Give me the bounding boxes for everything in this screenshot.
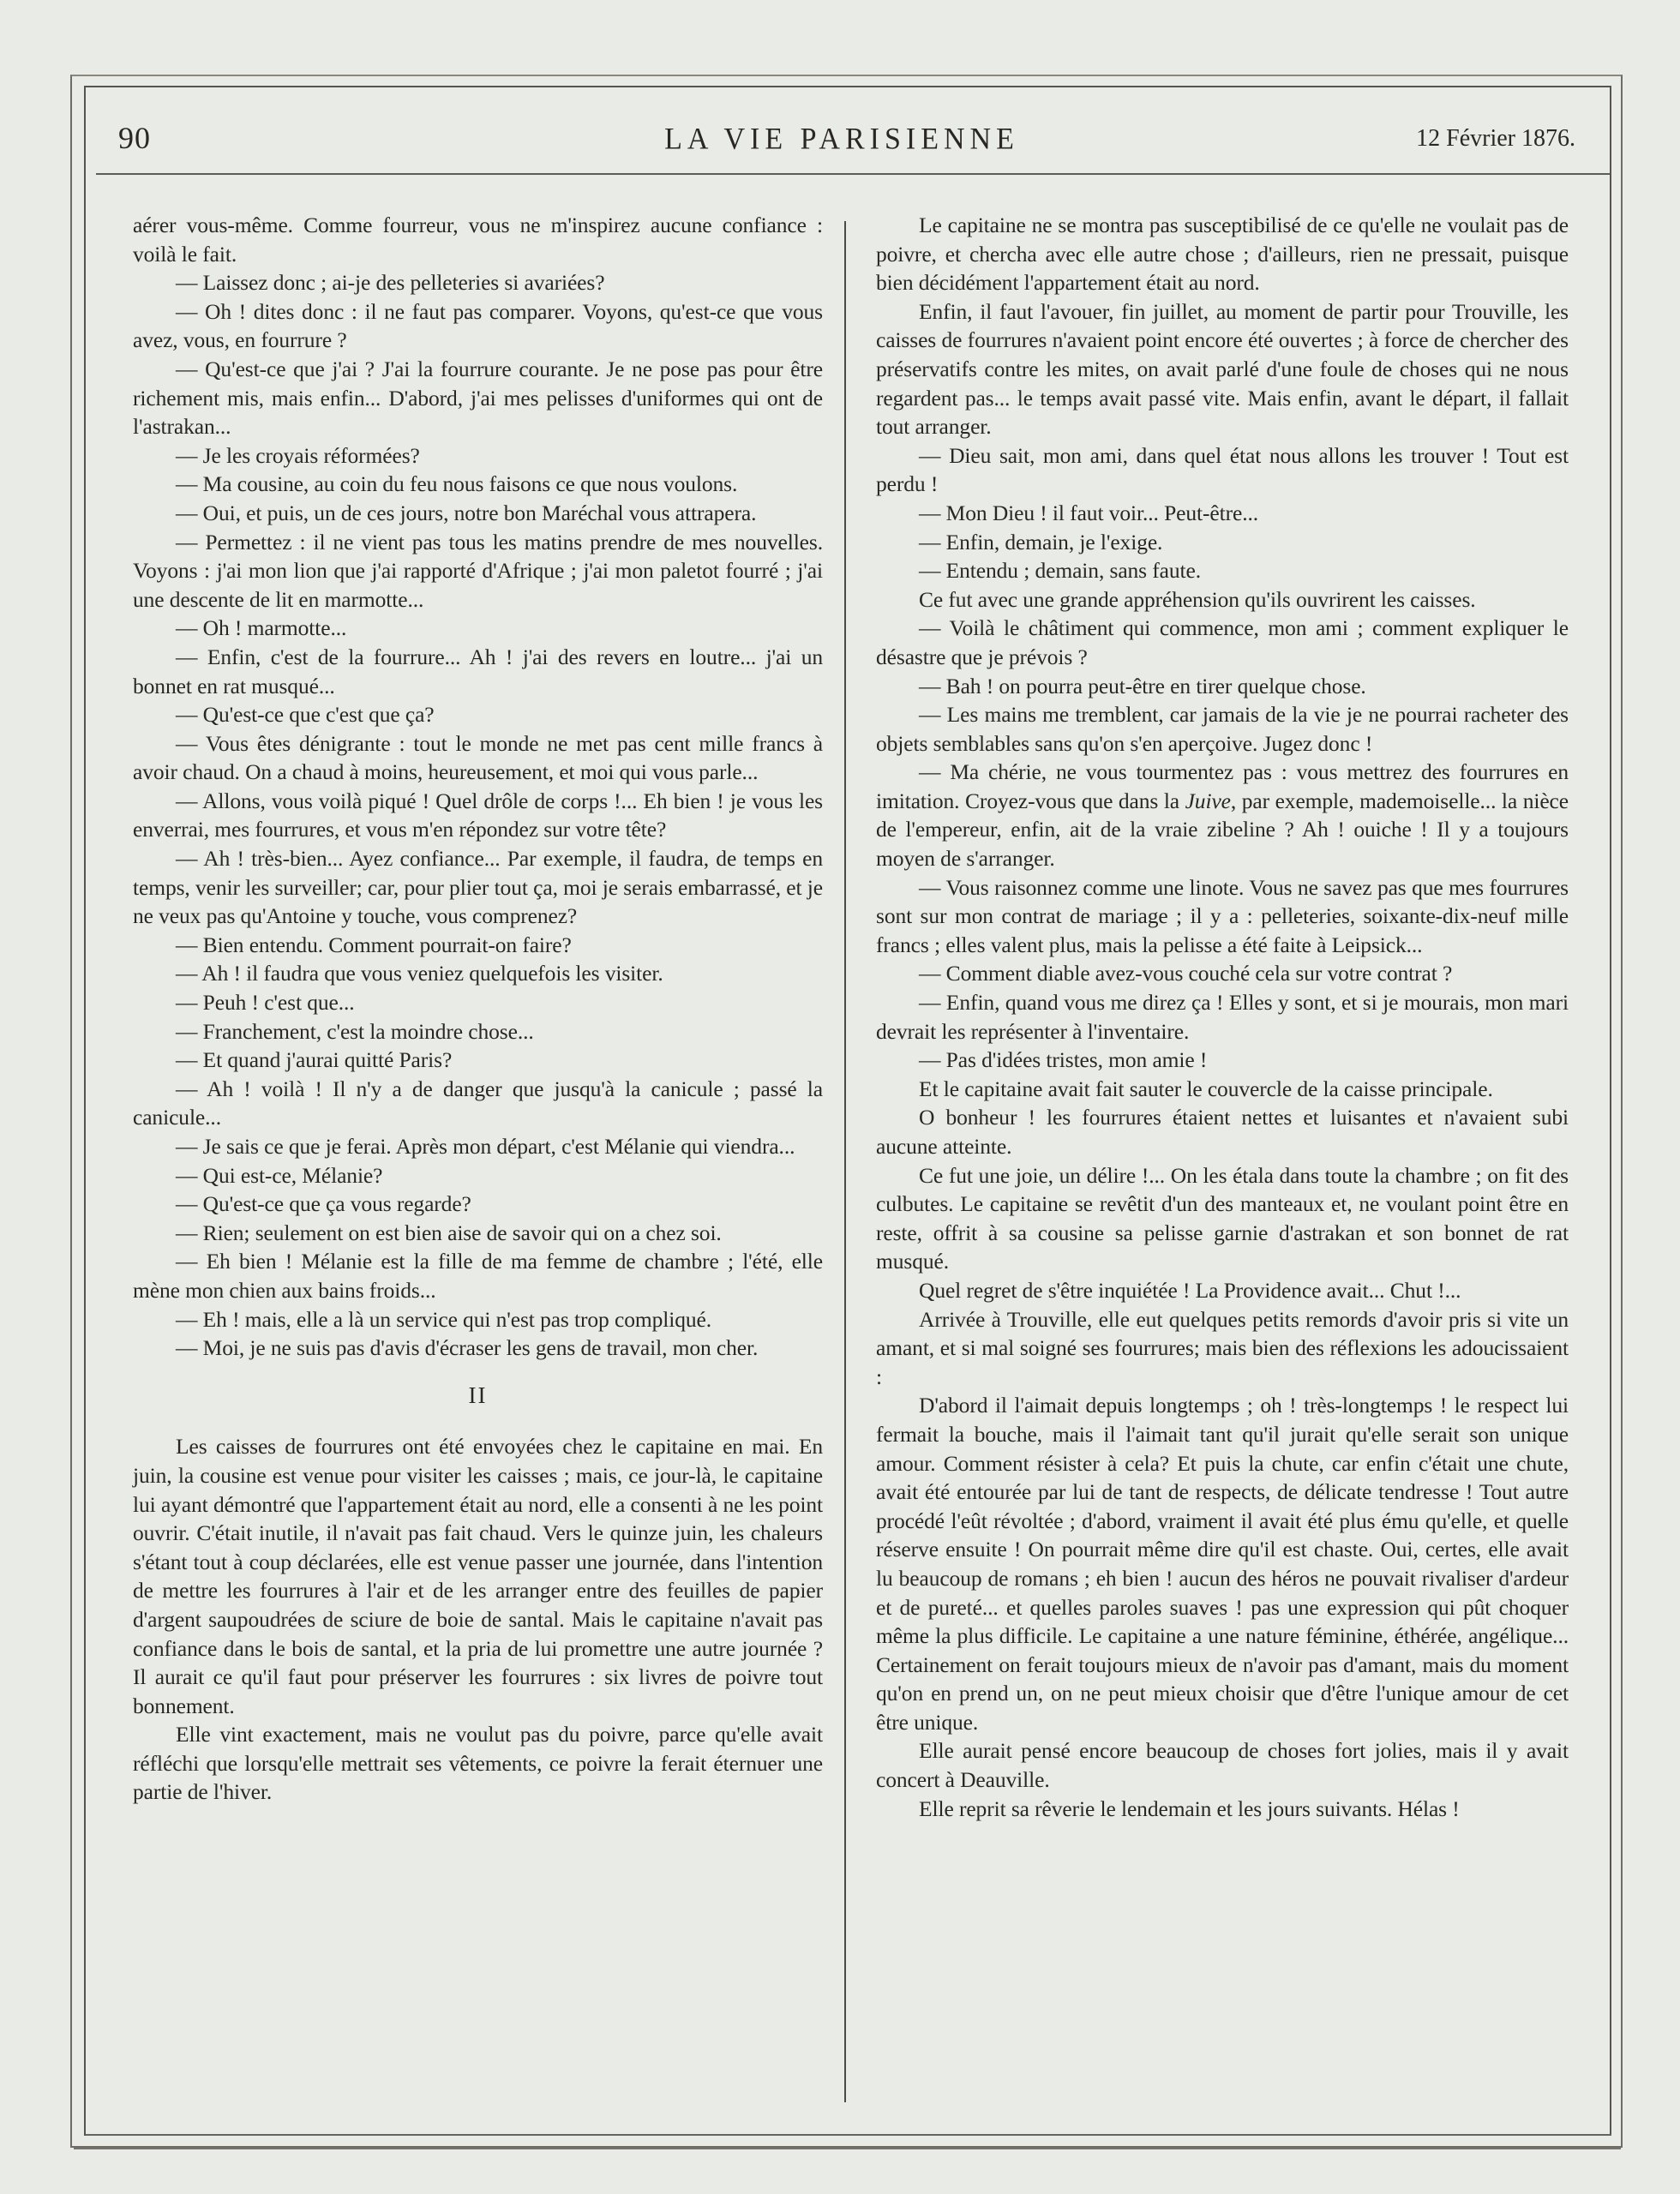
- paragraph: Ce fut une joie, un délire !... On les é…: [876, 1161, 1569, 1276]
- paragraph: — Comment diable avez-vous couché cela s…: [876, 959, 1569, 988]
- paragraph: — Pas d'idées tristes, mon amie !: [876, 1046, 1569, 1075]
- paragraph: — Les mains me tremblent, car jamais de …: [876, 700, 1569, 758]
- paragraph: — Peuh ! c'est que...: [133, 988, 823, 1017]
- paragraph: — Rien; seulement on est bien aise de sa…: [133, 1219, 823, 1248]
- paragraph: Les caisses de fourrures ont été envoyée…: [133, 1432, 823, 1720]
- column-divider: [844, 221, 846, 2102]
- header-rule: [96, 173, 1610, 175]
- paragraph: — Vous raisonnez comme une linote. Vous …: [876, 873, 1569, 960]
- paragraph: — Oui, et puis, un de ces jours, notre b…: [133, 499, 823, 528]
- paragraph: — Permettez : il ne vient pas tous les m…: [133, 528, 823, 614]
- footer-rule-outer: [74, 2148, 1621, 2149]
- paragraph: — Vous êtes dénigrante : tout le monde n…: [133, 729, 823, 787]
- paragraph: — Oh ! dites donc : il ne faut pas compa…: [133, 297, 823, 355]
- paragraph: — Ah ! il faudra que vous veniez quelque…: [133, 959, 823, 988]
- paragraph: — Enfin, quand vous me direz ça ! Elles …: [876, 988, 1569, 1046]
- paragraph: — Franchement, c'est la moindre chose...: [133, 1017, 823, 1046]
- right-column: Le capitaine ne se montra pas susceptibi…: [876, 211, 1569, 1823]
- italic-title: Juive: [1185, 788, 1231, 813]
- paragraph: — Entendu ; demain, sans faute.: [876, 556, 1569, 585]
- paragraph: Elle aurait pensé encore beaucoup de cho…: [876, 1736, 1569, 1794]
- paragraph: Enfin, il faut l'avouer, fin juillet, au…: [876, 297, 1569, 441]
- paragraph: — Enfin, c'est de la fourrure... Ah ! j'…: [133, 643, 823, 700]
- paragraph: — Je les croyais réformées?: [133, 441, 823, 471]
- paragraph: — Dieu sait, mon ami, dans quel état nou…: [876, 441, 1569, 499]
- issue-date: 12 Février 1876.: [1416, 125, 1575, 153]
- paragraph: — Qui est-ce, Mélanie?: [133, 1161, 823, 1190]
- paragraph: — Oh ! marmotte...: [133, 614, 823, 643]
- paragraph: — Ah ! voilà ! Il n'y a de danger que ju…: [133, 1075, 823, 1132]
- paragraph: Ce fut avec une grande appréhension qu'i…: [876, 585, 1569, 614]
- paragraph: D'abord il l'aimait depuis longtemps ; o…: [876, 1391, 1569, 1736]
- paragraph: — Allons, vous voilà piqué ! Quel drôle …: [133, 787, 823, 844]
- page-header: 90 LA VIE PARISIENNE 12 Février 1876.: [96, 103, 1587, 171]
- paragraph: — Qu'est-ce que c'est que ça?: [133, 700, 823, 729]
- paragraph: — Enfin, demain, je l'exige.: [876, 528, 1569, 557]
- paragraph: — Eh bien ! Mélanie est la fille de ma f…: [133, 1247, 823, 1304]
- paragraph: Arrivée à Trouville, elle eut quelques p…: [876, 1305, 1569, 1392]
- left-column: aérer vous-même. Comme fourreur, vous ne…: [133, 211, 823, 1807]
- section-number: II: [133, 1382, 823, 1411]
- paragraph: — Qu'est-ce que ça vous regarde?: [133, 1190, 823, 1219]
- paragraph: Le capitaine ne se montra pas susceptibi…: [876, 211, 1569, 297]
- footer-rule-inner: [86, 2134, 1611, 2136]
- paragraph: — Ah ! très-bien... Ayez confiance... Pa…: [133, 844, 823, 931]
- paragraph: — Moi, je ne suis pas d'avis d'écraser l…: [133, 1334, 823, 1363]
- paragraph: Quel regret de s'être inquiétée ! La Pro…: [876, 1276, 1569, 1305]
- paragraph: — Voilà le châtiment qui commence, mon a…: [876, 614, 1569, 671]
- paragraph: Elle reprit sa rêverie le lendemain et l…: [876, 1795, 1569, 1824]
- paragraph: — Je sais ce que je ferai. Après mon dép…: [133, 1132, 823, 1161]
- paragraph: — Et quand j'aurai quitté Paris?: [133, 1046, 823, 1075]
- paragraph: — Mon Dieu ! il faut voir... Peut-être..…: [876, 499, 1569, 528]
- paragraph: — Ma cousine, au coin du feu nous faison…: [133, 470, 823, 499]
- paragraph: — Ma chérie, ne vous tourmentez pas : vo…: [876, 758, 1569, 872]
- paragraph: aérer vous-même. Comme fourreur, vous ne…: [133, 211, 823, 268]
- paragraph: — Eh ! mais, elle a là un service qui n'…: [133, 1305, 823, 1334]
- paragraph: Elle vint exactement, mais ne voulut pas…: [133, 1720, 823, 1807]
- paragraph: Et le capitaine avait fait sauter le cou…: [876, 1075, 1569, 1104]
- paragraph: — Qu'est-ce que j'ai ? J'ai la fourrure …: [133, 355, 823, 441]
- paragraph: — Laissez donc ; ai-je des pelleteries s…: [133, 268, 823, 297]
- paragraph: — Bien entendu. Comment pourrait-on fair…: [133, 931, 823, 960]
- paragraph: O bonheur ! les fourrures étaient nettes…: [876, 1103, 1569, 1160]
- masthead-title: LA VIE PARISIENNE: [96, 123, 1587, 157]
- paragraph: — Bah ! on pourra peut-être en tirer que…: [876, 672, 1569, 701]
